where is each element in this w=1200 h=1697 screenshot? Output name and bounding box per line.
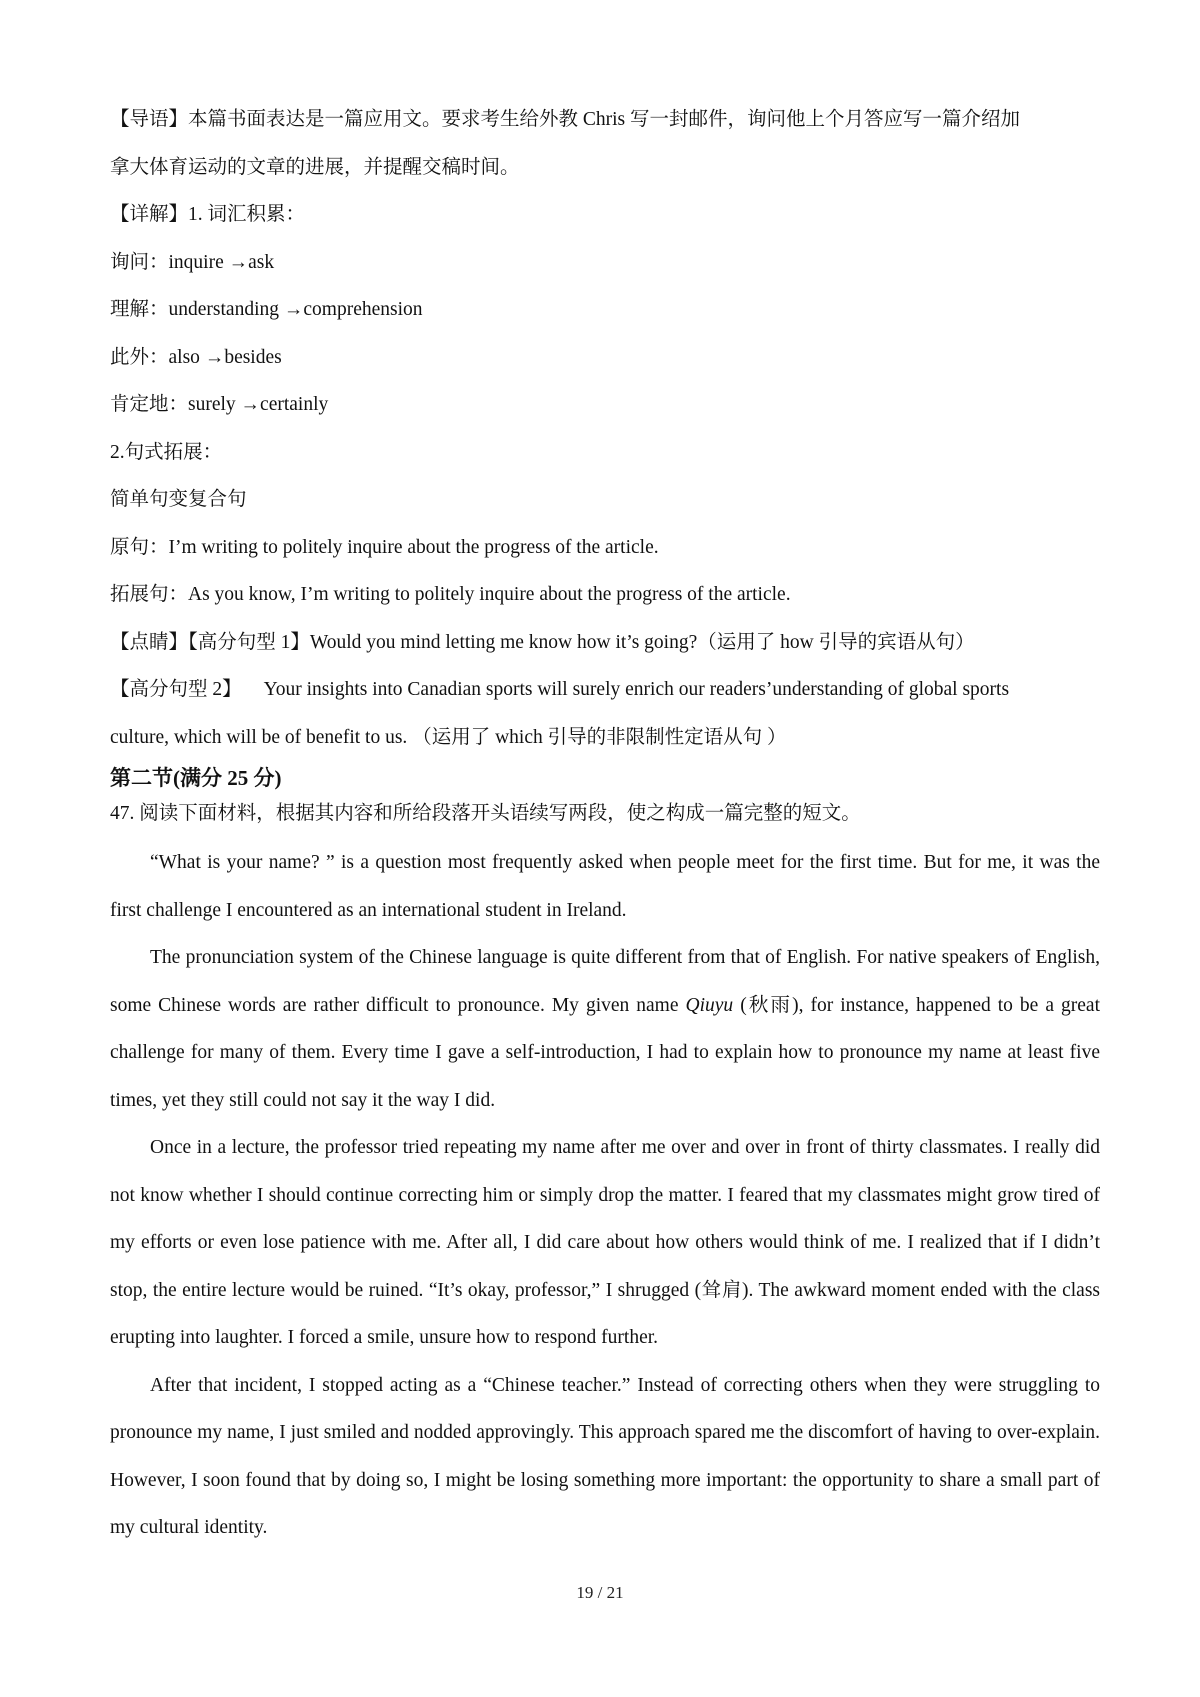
arrow-right-icon: → <box>241 394 261 415</box>
sentence-type: 简单句变复合句 <box>110 476 1100 524</box>
pattern-2-label: 【高分句型 2】 <box>110 679 242 700</box>
intro-line-2: 拿大体育运动的文章的进展，并提醒交稿时间。 <box>110 144 1100 192</box>
expanded-text: As you know, I’m writing to politely inq… <box>188 584 791 605</box>
section-title: 第二节(满分 25 分) <box>110 761 1100 795</box>
highlight-pattern-2-cont: culture, which will be of benefit to us.… <box>110 714 1100 762</box>
pattern-1-note: （运用了 how 引导的宾语从句） <box>697 632 974 653</box>
detail-heading-text: 1. 词汇积累： <box>188 204 305 225</box>
passage-paragraph: The pronunciation system of the Chinese … <box>110 934 1100 1124</box>
pattern-2-text-cont: culture, which will be of benefit to us. <box>110 727 407 748</box>
passage-paragraph: Once in a lecture, the professor tried r… <box>110 1124 1100 1362</box>
page-number: 19 / 21 <box>0 1583 1200 1603</box>
vocab-from: also <box>169 347 200 368</box>
arrow-right-icon: → <box>229 252 249 273</box>
vocab-to: besides <box>224 347 281 368</box>
original-sentence: 原句：I’m writing to politely inquire about… <box>110 524 1100 572</box>
vocab-item: 此外：also →besides <box>110 334 1100 382</box>
question-number: 47. <box>110 803 134 824</box>
vocab-item: 理解：understanding →comprehension <box>110 286 1100 334</box>
vocab-chinese: 肯定地： <box>110 394 188 415</box>
page-content: 【导语】本篇书面表达是一篇应用文。要求考生给外教 Chris 写一封邮件，询问他… <box>110 96 1100 1552</box>
vocab-from: inquire <box>169 252 224 273</box>
vocab-to: certainly <box>260 394 328 415</box>
original-text: I’m writing to politely inquire about th… <box>169 537 659 558</box>
vocab-chinese: 此外： <box>110 347 169 368</box>
document-page: 【导语】本篇书面表达是一篇应用文。要求考生给外教 Chris 写一封邮件，询问他… <box>0 0 1200 1697</box>
expanded-sentence: 拓展句：As you know, I’m writing to politely… <box>110 571 1100 619</box>
detail-heading: 【详解】1. 词汇积累： <box>110 191 1100 239</box>
intro-label: 【导语】 <box>110 109 188 130</box>
pattern-2-text: Your insights into Canadian sports will … <box>264 679 1009 700</box>
arrow-right-icon: → <box>284 299 304 320</box>
highlight-label: 【点睛】 <box>110 632 188 653</box>
vocab-item: 询问：inquire →ask <box>110 239 1100 287</box>
highlight-pattern-1: 【点睛】【高分句型 1】Would you mind letting me kn… <box>110 619 1100 667</box>
passage-paragraph: After that incident, I stopped acting as… <box>110 1362 1100 1552</box>
vocab-from: understanding <box>169 299 279 320</box>
intro-text-1: 本篇书面表达是一篇应用文。要求考生给外教 Chris 写一封邮件，询问他上个月答… <box>188 109 1020 130</box>
passage: “What is your name? ” is a question most… <box>110 839 1100 1552</box>
pattern-1-label: 【高分句型 1】 <box>188 632 310 653</box>
question-instruction: 47. 阅读下面材料，根据其内容和所给段落开头语续写两段，使之构成一篇完整的短文… <box>110 795 1100 833</box>
intro-line-1: 【导语】本篇书面表达是一篇应用文。要求考生给外教 Chris 写一封邮件，询问他… <box>110 96 1100 144</box>
vocab-chinese: 询问： <box>110 252 169 273</box>
detail-label: 【详解】 <box>110 204 188 225</box>
vocab-chinese: 理解： <box>110 299 169 320</box>
arrow-right-icon: → <box>205 347 225 368</box>
sentence-heading: 2.句式拓展： <box>110 429 1100 477</box>
vocab-item: 肯定地：surely →certainly <box>110 381 1100 429</box>
pattern-2-note: （运用了 which 引导的非限制性定语从句 ） <box>412 727 786 748</box>
vocab-to: comprehension <box>303 299 422 320</box>
question-instruction-text: 阅读下面材料，根据其内容和所给段落开头语续写两段，使之构成一篇完整的短文。 <box>139 803 861 824</box>
vocab-from: surely <box>188 394 236 415</box>
original-label: 原句： <box>110 537 169 558</box>
given-name: Qiuyu <box>686 995 734 1016</box>
highlight-pattern-2: 【高分句型 2】Your insights into Canadian spor… <box>110 666 1100 714</box>
pattern-1-text: Would you mind letting me know how it’s … <box>310 632 697 653</box>
expanded-label: 拓展句： <box>110 584 188 605</box>
passage-paragraph: “What is your name? ” is a question most… <box>110 839 1100 934</box>
vocab-to: ask <box>248 252 274 273</box>
